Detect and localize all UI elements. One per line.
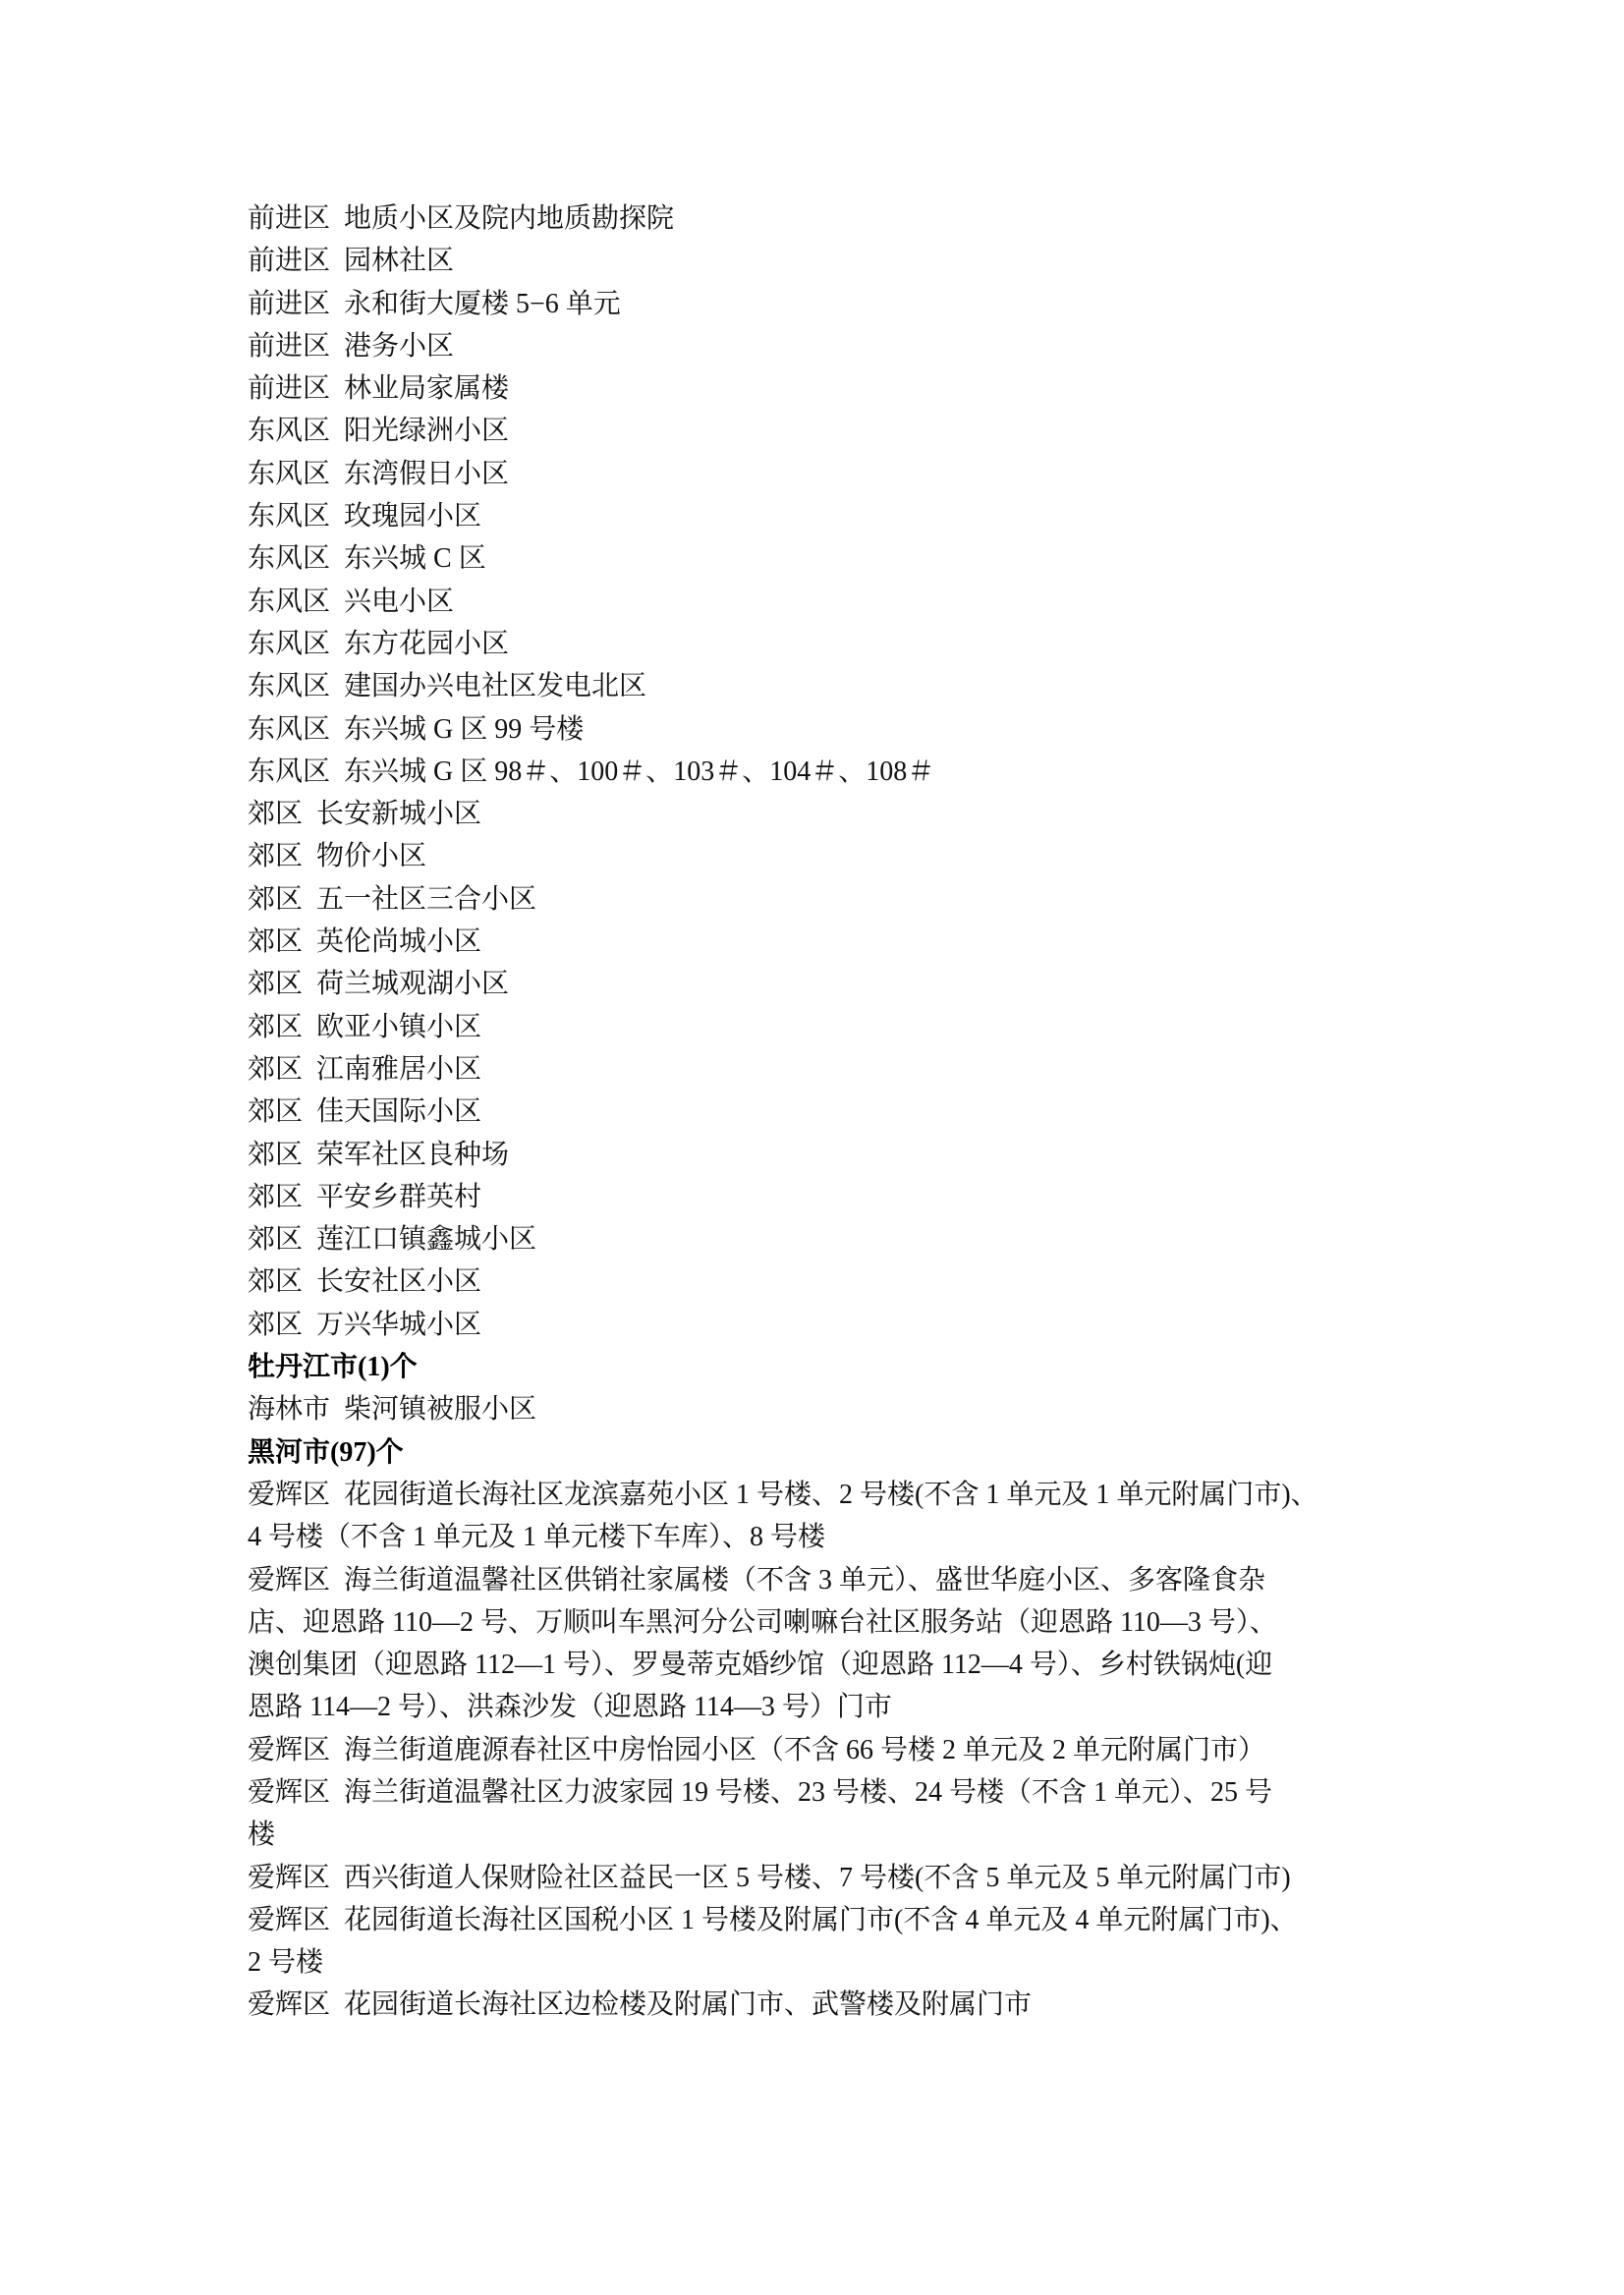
district-name: 东风区	[248, 416, 330, 446]
location-line: 澳创集团（迎恩路 112—1 号）、罗曼蒂克婚纱馆（迎恩路 112—4 号）、乡…	[248, 1644, 1397, 1686]
district-name: 东风区	[248, 714, 330, 745]
location-name: 柴河镇被服小区	[344, 1394, 536, 1425]
list-item: 前进区港务小区	[248, 325, 1397, 367]
location-name: 佳天国际小区	[316, 1096, 481, 1127]
location-line: 2 号楼	[248, 1941, 1397, 1984]
district-name: 前进区	[248, 289, 330, 319]
district-name: 东风区	[248, 543, 330, 574]
location-name: 港务小区	[344, 331, 454, 362]
district-name: 前进区	[248, 373, 330, 404]
district-name: 爱辉区	[248, 1863, 330, 1893]
list-item: 前进区地质小区及院内地质勘探院	[248, 197, 1397, 240]
district-name: 爱辉区	[248, 1777, 330, 1808]
list-item: 郊区物价小区	[248, 835, 1397, 877]
document-page: 前进区地质小区及院内地质勘探院 前进区园林社区 前进区永和街大厦楼 5−6 单元…	[248, 197, 1397, 2027]
district-name: 郊区	[248, 799, 303, 829]
district-name: 郊区	[248, 1310, 303, 1340]
district-name: 郊区	[248, 841, 303, 871]
list-item: 东风区东兴城 G 区 99 号楼	[248, 708, 1397, 751]
district-name: 郊区	[248, 1054, 303, 1085]
district-name: 前进区	[248, 246, 330, 276]
location-line: 花园街道长海社区边检楼及附属门市、武警楼及附属门市	[344, 1989, 1032, 2020]
district-name: 郊区	[248, 969, 303, 999]
district-name: 爱辉区	[248, 1735, 330, 1765]
list-item: 郊区长安新城小区	[248, 793, 1397, 835]
location-line: 花园街道长海社区龙滨嘉苑小区 1 号楼、2 号楼(不含 1 单元及 1 单元附属…	[344, 1480, 1318, 1510]
location-name: 长安社区小区	[316, 1266, 481, 1297]
location-name: 东湾假日小区	[344, 459, 509, 489]
list-item: 郊区五一社区三合小区	[248, 878, 1397, 921]
location-line: 店、迎恩路 110—2 号、万顺叫车黑河分公司喇嘛台社区服务站（迎恩路 110—…	[248, 1601, 1397, 1644]
list-item: 爱辉区海兰街道温馨社区力波家园 19 号楼、23 号楼、24 号楼（不含 1 单…	[248, 1771, 1397, 1857]
district-name: 前进区	[248, 203, 330, 234]
location-name: 兴电小区	[344, 587, 454, 617]
district-name: 郊区	[248, 1140, 303, 1170]
location-line: 西兴街道人保财险社区益民一区 5 号楼、7 号楼(不含 5 单元及 5 单元附属…	[344, 1863, 1291, 1893]
list-item: 爱辉区海兰街道温馨社区供销社家属楼（不含 3 单元）、盛世华庭小区、多客隆食杂 …	[248, 1559, 1397, 1729]
location-name: 莲江口镇鑫城小区	[316, 1224, 536, 1255]
location-name: 永和街大厦楼 5−6 单元	[344, 289, 621, 319]
location-name: 英伦尚城小区	[316, 926, 481, 957]
list-item: 郊区平安乡群英村	[248, 1176, 1397, 1218]
district-name: 东风区	[248, 671, 330, 701]
location-name: 欧亚小镇小区	[316, 1012, 481, 1042]
section-heading: 牡丹江市(1)个	[248, 1346, 1397, 1388]
location-name: 东兴城 C 区	[344, 543, 486, 574]
district-name: 郊区	[248, 926, 303, 957]
district-name: 郊区	[248, 884, 303, 915]
district-name: 爱辉区	[248, 1905, 330, 1935]
list-item: 东风区东兴城 C 区	[248, 537, 1397, 580]
location-line: 恩路 114—2 号）、洪森沙发（迎恩路 114—3 号）门市	[248, 1686, 1397, 1728]
list-item: 前进区林业局家属楼	[248, 367, 1397, 410]
location-line: 海兰街道温馨社区力波家园 19 号楼、23 号楼、24 号楼（不含 1 单元）、…	[344, 1777, 1272, 1808]
list-item: 郊区江南雅居小区	[248, 1048, 1397, 1091]
district-name: 东风区	[248, 587, 330, 617]
district-name: 郊区	[248, 1012, 303, 1042]
location-line: 海兰街道鹿源春社区中房怡园小区（不含 66 号楼 2 单元及 2 单元附属门市）	[344, 1735, 1265, 1765]
location-name: 长安新城小区	[316, 799, 481, 829]
location-name: 地质小区及院内地质勘探院	[344, 203, 674, 234]
section-heihe: 黑河市(97)个 爱辉区花园街道长海社区龙滨嘉苑小区 1 号楼、2 号楼(不含 …	[248, 1431, 1397, 2027]
list-item: 东风区东湾假日小区	[248, 453, 1397, 495]
list-item: 郊区荷兰城观湖小区	[248, 963, 1397, 1005]
location-name: 阳光绿洲小区	[344, 416, 509, 446]
location-name: 东方花园小区	[344, 629, 509, 659]
location-name: 建国办兴电社区发电北区	[344, 671, 646, 701]
district-name: 郊区	[248, 1096, 303, 1127]
list-item: 郊区佳天国际小区	[248, 1091, 1397, 1133]
location-name: 万兴华城小区	[316, 1310, 481, 1340]
location-name: 五一社区三合小区	[316, 884, 536, 915]
list-item: 爱辉区花园街道长海社区龙滨嘉苑小区 1 号楼、2 号楼(不含 1 单元及 1 单…	[248, 1474, 1397, 1559]
list-item: 郊区长安社区小区	[248, 1260, 1397, 1303]
list-item: 前进区永和街大厦楼 5−6 单元	[248, 283, 1397, 325]
list-item: 前进区园林社区	[248, 240, 1397, 282]
district-name: 爱辉区	[248, 1989, 330, 2020]
location-line: 花园街道长海社区国税小区 1 号楼及附属门市(不含 4 单元及 4 单元附属门市…	[344, 1905, 1298, 1935]
location-name: 荷兰城观湖小区	[316, 969, 509, 999]
location-line: 4 号楼（不含 1 单元及 1 单元楼下车库）、8 号楼	[248, 1516, 1397, 1558]
list-item: 郊区万兴华城小区	[248, 1304, 1397, 1346]
list-item: 爱辉区花园街道长海社区国税小区 1 号楼及附属门市(不含 4 单元及 4 单元附…	[248, 1899, 1397, 1985]
list-item: 海林市柴河镇被服小区	[248, 1388, 1397, 1430]
section-continued-list: 前进区地质小区及院内地质勘探院 前进区园林社区 前进区永和街大厦楼 5−6 单元…	[248, 197, 1397, 1346]
district-name: 爱辉区	[248, 1565, 330, 1595]
location-name: 荣军社区良种场	[316, 1140, 509, 1170]
location-name: 物价小区	[316, 841, 426, 871]
list-item: 东风区东方花园小区	[248, 623, 1397, 665]
location-name: 玫瑰园小区	[344, 501, 481, 532]
list-item: 东风区建国办兴电社区发电北区	[248, 665, 1397, 707]
section-mudanjiang: 牡丹江市(1)个 海林市柴河镇被服小区	[248, 1346, 1397, 1431]
location-name: 平安乡群英村	[316, 1182, 481, 1212]
location-name: 江南雅居小区	[316, 1054, 481, 1085]
location-name: 东兴城 G 区 98＃、100＃、103＃、104＃、108＃	[344, 756, 934, 787]
list-item: 东风区兴电小区	[248, 581, 1397, 623]
section-heading: 黑河市(97)个	[248, 1431, 1397, 1474]
list-item: 东风区玫瑰园小区	[248, 495, 1397, 537]
district-name: 郊区	[248, 1224, 303, 1255]
list-item: 爱辉区西兴街道人保财险社区益民一区 5 号楼、7 号楼(不含 5 单元及 5 单…	[248, 1857, 1397, 1899]
district-name: 东风区	[248, 629, 330, 659]
list-item: 郊区莲江口镇鑫城小区	[248, 1218, 1397, 1260]
district-name: 东风区	[248, 756, 330, 787]
list-item: 郊区英伦尚城小区	[248, 921, 1397, 963]
list-item: 东风区东兴城 G 区 98＃、100＃、103＃、104＃、108＃	[248, 751, 1397, 793]
location-name: 东兴城 G 区 99 号楼	[344, 714, 584, 745]
district-name: 海林市	[248, 1394, 330, 1425]
list-item: 爱辉区花园街道长海社区边检楼及附属门市、武警楼及附属门市	[248, 1984, 1397, 2026]
location-line: 楼	[248, 1814, 1397, 1856]
list-item: 东风区阳光绿洲小区	[248, 410, 1397, 452]
district-name: 前进区	[248, 331, 330, 362]
district-name: 东风区	[248, 459, 330, 489]
list-item: 郊区欧亚小镇小区	[248, 1006, 1397, 1048]
location-name: 林业局家属楼	[344, 373, 509, 404]
district-name: 东风区	[248, 501, 330, 532]
district-name: 郊区	[248, 1182, 303, 1212]
list-item: 郊区荣军社区良种场	[248, 1134, 1397, 1176]
location-name: 园林社区	[344, 246, 454, 276]
list-item: 爱辉区海兰街道鹿源春社区中房怡园小区（不含 66 号楼 2 单元及 2 单元附属…	[248, 1729, 1397, 1771]
district-name: 郊区	[248, 1266, 303, 1297]
district-name: 爱辉区	[248, 1480, 330, 1510]
location-line: 海兰街道温馨社区供销社家属楼（不含 3 单元）、盛世华庭小区、多客隆食杂	[344, 1565, 1265, 1595]
